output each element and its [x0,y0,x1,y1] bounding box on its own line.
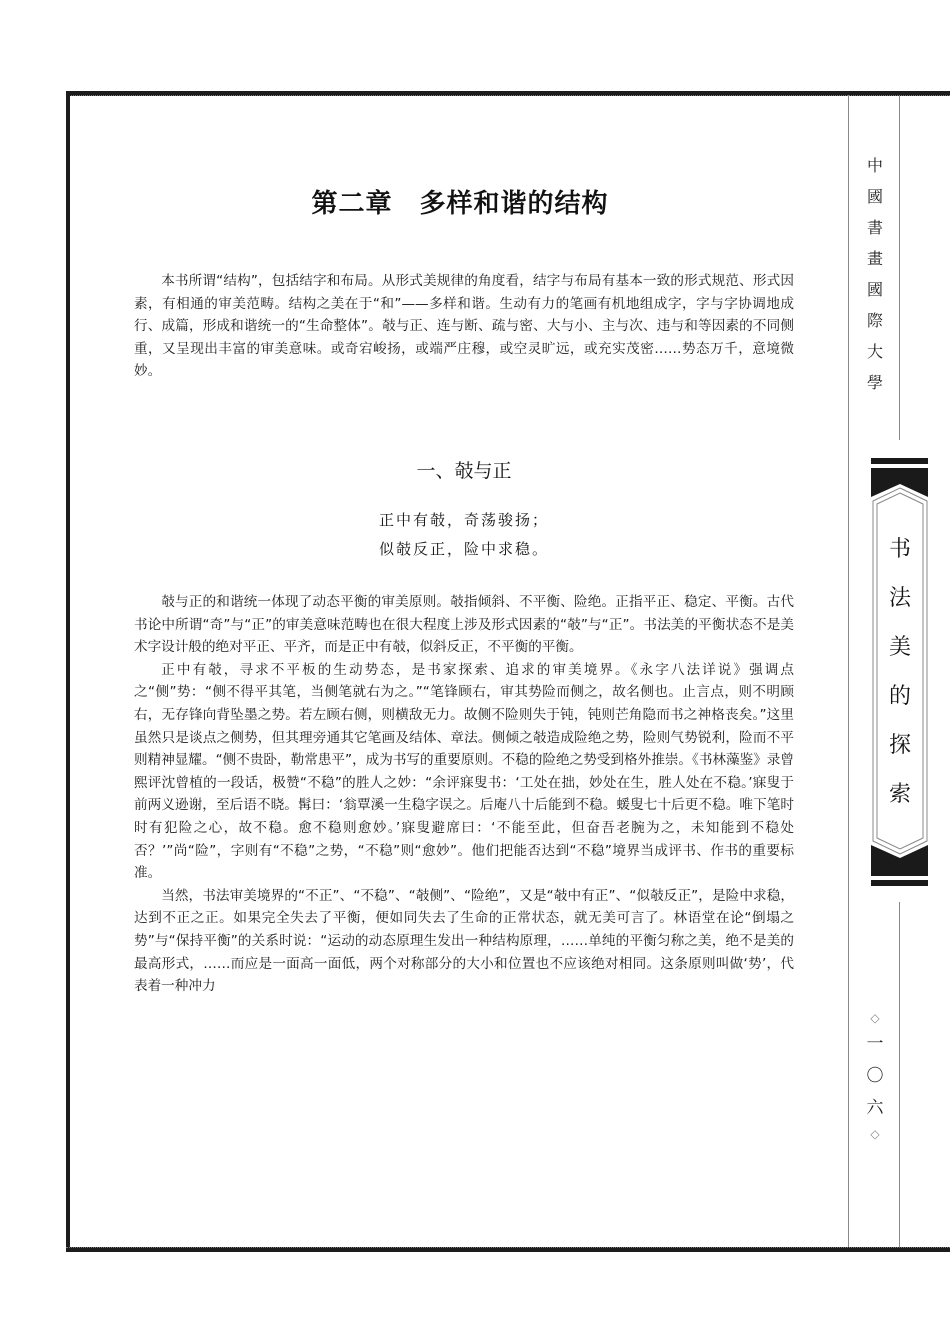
body-paragraph: 攲与正的和谐统一体现了动态平衡的审美原则。攲指倾斜、不平衡、险绝。正指平正、稳定… [134,591,794,659]
banner-bottom-bar [871,880,928,886]
body-paragraph: 正中有攲，寻求不平板的生动势态，是书家探索、追求的审美境界。《永字八法详说》强调… [134,659,794,885]
series-title-char: 國 [862,181,888,212]
sidebar-divider-line [848,95,849,1247]
book-title-char: 的 [870,672,930,721]
series-title-char: 大 [862,336,888,367]
book-title-char: 索 [870,770,930,819]
page-number: ◇ 一 〇 六 ◇ [862,1008,888,1144]
diamond-icon: ◇ [862,1008,888,1028]
series-title-char: 學 [862,367,888,398]
intro-paragraph: 本书所谓“结构”，包括结字和布局。从形式美规律的角度看，结字与布局有基本一致的形… [134,270,794,383]
page-number-digit: 一 [862,1028,888,1060]
page-frame-bottom-border [66,1247,950,1252]
sidebar-inner-rule-bottom [899,902,900,1247]
main-body-text: 攲与正的和谐统一体现了动态平衡的审美原则。攲指倾斜、不平衡、险绝。正指平正、稳定… [134,591,794,998]
page-frame-top-border [66,91,950,96]
page-number-digit: 六 [862,1092,888,1124]
book-title-char: 美 [870,623,930,672]
section-heading: 一、攲与正 [134,456,794,483]
sidebar-inner-rule-top [899,95,900,440]
epigraph: 正中有攲，奇荡骏扬； 似攲反正，险中求稳。 [134,506,794,564]
page-frame-left-border [66,91,70,1251]
series-title-vertical: 中 國 書 畫 國 際 大 學 [862,150,888,398]
series-title-char: 國 [862,274,888,305]
book-title-char: 探 [870,721,930,770]
series-title-char: 書 [862,212,888,243]
body-paragraph: 当然，书法审美境界的“不正”、“不稳”、“攲侧”、“险绝”，又是“攲中有正”、“… [134,885,794,998]
series-title-char: 畫 [862,243,888,274]
chapter-title: 第二章 多样和谐的结构 [0,183,920,220]
page-number-digit: 〇 [862,1060,888,1092]
intro-section: 本书所谓“结构”，包括结字和布局。从形式美规律的角度看，结字与布局有基本一致的形… [134,270,794,383]
diamond-icon: ◇ [862,1124,888,1144]
epigraph-line: 似攲反正，险中求稳。 [134,535,794,564]
epigraph-line: 正中有攲，奇荡骏扬； [134,506,794,535]
book-title-char: 法 [870,574,930,623]
series-title-char: 際 [862,305,888,336]
series-title-char: 中 [862,150,888,181]
book-title-char: 书 [870,525,930,574]
book-title-vertical: 书 法 美 的 探 索 [870,525,930,819]
